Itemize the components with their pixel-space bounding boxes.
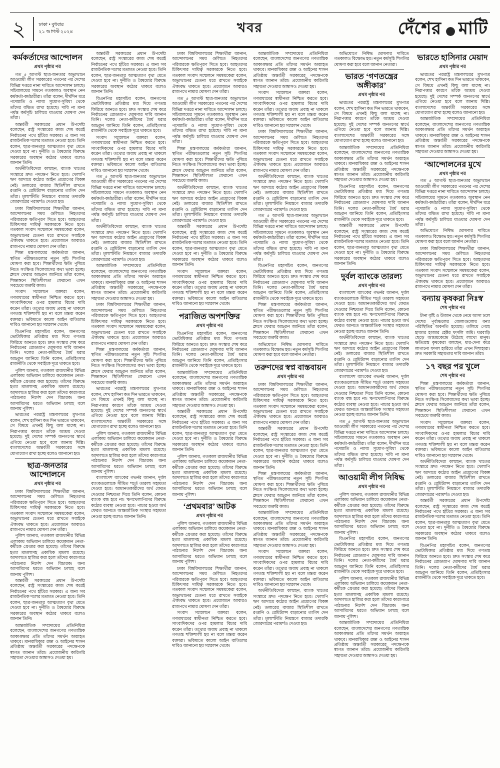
masthead-word-2: মাটি	[459, 16, 489, 44]
article-paragraph: অন্তর্বর্তী সরকারের প্রধান উপদেষ্টা বলেছ…	[172, 224, 247, 268]
article-paragraph: বিএনপির মহাসচিব বলেন, জনগণের ভোটাধিকার প…	[10, 329, 85, 367]
article-paragraph: পুলিশ জানায়, গতকাল রাজধানীর বিভিন্ন এলা…	[334, 492, 409, 536]
article-paragraph: সংবাদ সম্মেলনে বক্তারা বলেন, গণমাধ্যমের …	[172, 610, 247, 648]
column-4: আন্তর্জাতিক সম্প্রদায়ের প্রতিনিধিরা বলে…	[253, 51, 328, 762]
article-divider	[420, 157, 485, 158]
article-paragraph: অভিযোগে নিষিদ্ধ ঘোষণার দাবিতে গতকালও বিক…	[334, 51, 409, 67]
continued-from-label: প্রথম পৃষ্ঠার পর	[334, 283, 409, 289]
article-paragraph: অন্তর্বর্তী সরকারের প্রধান উপদেষ্টা বলেছ…	[334, 223, 409, 267]
masthead-dot-icon	[446, 27, 455, 36]
continued-from-label: প্রথম পৃষ্ঠার পর	[415, 64, 490, 70]
article-paragraph: গত ৫ আগস্ট ছাত্র-জনতার অভ্যুত্থানে আওয়া…	[172, 96, 247, 145]
article-paragraph: আন্তর্জাতিক সম্প্রদায়ের প্রতিনিধিরা বলে…	[334, 145, 409, 183]
article-paragraph: ভারতের পররাষ্ট্র মন্ত্রণালয়ের মুখপাত্র …	[415, 72, 490, 116]
article-paragraph: গত ৫ আগস্ট ছাত্র-জনতার অভ্যুত্থানে আওয়া…	[415, 178, 490, 227]
article-headline-a11: ‘প্রথমবার’ আটক	[172, 503, 247, 512]
article-paragraph: ঢাকা বিশ্ববিদ্যালয়ের শিক্ষার্থীরা জানান…	[91, 302, 166, 346]
article-paragraph: অর্থনীতিবিদেরা বলছেন, ব্যাংক খাতের সংস্ক…	[91, 224, 166, 262]
article-paragraph: বাংলাদেশ ব্যাংকের গভর্নর জানান, দুর্বল ব…	[91, 475, 166, 519]
article-paragraph: পুলিশ জানায়, গতকাল রাজধানীর বিভিন্ন এলা…	[10, 368, 85, 412]
article-paragraph: ভারতের পররাষ্ট্র মন্ত্রণালয়ের মুখপাত্র …	[91, 386, 166, 430]
article-paragraph: অন্তর্বর্তী সরকারের প্রধান উপদেষ্টা বলেছ…	[253, 426, 328, 470]
article-paragraph: সংবাদ সম্মেলনে বক্তারা বলেন, গণমাধ্যমের …	[91, 135, 166, 173]
article-paragraph: গত ৫ আগস্ট ছাত্র-জনতার অভ্যুত্থানে আওয়া…	[334, 419, 409, 468]
article-paragraph: শিক্ষা মন্ত্রণালয়ের কর্মকর্তারা জানান, …	[253, 302, 328, 340]
continued-from-label: প্রথম পৃষ্ঠার পর	[334, 484, 409, 490]
article-paragraph: বিএনপির মহাসচিব বলেন, জনগণের ভোটাধিকার প…	[91, 96, 166, 134]
article-paragraph: পুলিশ জানায়, গতকাল রাজধানীর বিভিন্ন এলা…	[172, 454, 247, 498]
article-headline-a8: পরাজিত অপশক্তির	[172, 313, 247, 322]
article-paragraph: সংবাদ সম্মেলনে বক্তারা বলেন, গণমাধ্যমের …	[10, 289, 85, 327]
article-paragraph: অর্থনীতিবিদেরা বলছেন, ব্যাংক খাতের সংস্ক…	[10, 166, 85, 204]
article-paragraph: পুলিশ জানায়, গতকাল রাজধানীর বিভিন্ন এলা…	[91, 431, 166, 475]
article-paragraph: পুলিশ জানায়, গতকাল রাজধানীর বিভিন্ন এলা…	[172, 521, 247, 565]
article-paragraph: ঢাকা বিশ্ববিদ্যালয়ের শিক্ষার্থীরা জানান…	[253, 382, 328, 426]
article-paragraph: অন্তর্বর্তী সরকারের প্রধান উপদেষ্টা বলেছ…	[172, 409, 247, 453]
article-headline-a10: আওয়ামী লীগ নিষিদ্ধ	[334, 474, 409, 483]
column-6: ভারতে হাসিনার মেয়াদপ্রথম পৃষ্ঠার পরভারত…	[415, 51, 490, 762]
column-2: অন্তর্বর্তী সরকারের প্রধান উপদেষ্টা বলেছ…	[91, 51, 166, 762]
continued-from-label: প্রথম পৃষ্ঠার পর	[415, 171, 490, 177]
article-paragraph: ভারতের পররাষ্ট্র মন্ত্রণালয়ের মুখপাত্র …	[10, 412, 85, 456]
article-paragraph: টানা বৃষ্টি ও উজান থেকে নেমে আসা ঢলে দেশ…	[415, 313, 490, 357]
article-paragraph: অর্থনীতিবিদেরা বলছেন, ব্যাংক খাতের সংস্ক…	[415, 459, 490, 497]
article-paragraph: ঢাকা বিশ্ববিদ্যালয়ের শিক্ষার্থীরা জানান…	[172, 566, 247, 610]
continued-from-label: প্রথম পৃষ্ঠার পর	[253, 374, 328, 380]
article-headline-a9: তরুণদের স্বপ্ন বাস্তবায়ন	[253, 364, 328, 373]
continued-from-label: প্রথম পৃষ্ঠার পর	[10, 64, 85, 70]
continued-from-label: প্রথম পৃষ্ঠার পর	[172, 513, 247, 519]
continued-from-label: প্রথম পৃষ্ঠার পর	[172, 323, 247, 329]
article-divider	[15, 458, 80, 459]
article-paragraph: বিএনপির মহাসচিব বলেন, জনগণের ভোটাধিকার প…	[334, 536, 409, 574]
article-headline-a4: দুর্বল ব্যাংকে তারল্য	[334, 273, 409, 282]
article-paragraph: আন্তর্জাতিক সম্প্রদায়ের প্রতিনিধিরা বলে…	[415, 116, 490, 154]
article-paragraph: বাংলাদেশ ব্যাংকের গভর্নর জানান, দুর্বল ব…	[334, 290, 409, 334]
article-headline-a1: কর্মকর্তাদের আন্দোলন	[10, 54, 85, 63]
article-paragraph: সংবাদ সম্মেলনে বক্তারা বলেন, গণমাধ্যমের …	[172, 269, 247, 307]
article-paragraph: পুলিশ জানায়, গতকাল রাজধানীর বিভিন্ন এলা…	[334, 576, 409, 620]
continued-from-label: শেষ পৃষ্ঠার পর	[415, 305, 490, 311]
article-paragraph: গত ৫ আগস্ট ছাত্র-জনতার অভ্যুত্থানে আওয়া…	[10, 72, 85, 121]
article-paragraph: বিএনপির মহাসচিব বলেন, জনগণের ভোটাধিকার প…	[334, 184, 409, 222]
article-paragraph: শিক্ষা মন্ত্রণালয়ের কর্মকর্তারা জানান, …	[253, 471, 328, 509]
article-paragraph: অর্থনীতিবিদেরা বলছেন, ব্যাংক খাতের সংস্ক…	[334, 335, 409, 373]
article-paragraph: ঢাকা বিশ্ববিদ্যালয়ের শিক্ষার্থীরা জানান…	[253, 129, 328, 173]
article-paragraph: ঢাকা বিশ্ববিদ্যালয়ের শিক্ষার্থীরা জানান…	[172, 51, 247, 95]
continued-from-label: শেষ পৃষ্ঠার পর	[415, 373, 490, 379]
article-paragraph: বিএনপির মহাসচিব বলেন, জনগণের ভোটাধিকার প…	[415, 543, 490, 581]
article-paragraph: আন্তর্জাতিক সম্প্রদায়ের প্রতিনিধিরা বলে…	[334, 620, 409, 658]
article-divider	[339, 69, 404, 70]
article-paragraph: অর্থনীতিবিদেরা বলছেন, ব্যাংক খাতের সংস্ক…	[253, 174, 328, 212]
article-paragraph: অন্তর্বর্তী সরকারের প্রধান উপদেষ্টা বলেছ…	[10, 122, 85, 166]
masthead-word-1: দেঁশের	[398, 16, 442, 44]
article-paragraph: ঢাকা বিশ্ববিদ্যালয়ের শিক্ষার্থীরা জানান…	[10, 206, 85, 250]
article-headline-a2: ভারতে হাসিনার মেয়াদ	[415, 54, 490, 63]
header-bottom-rule	[10, 46, 490, 48]
article-divider	[258, 360, 323, 361]
article-divider	[420, 359, 485, 360]
article-paragraph: ভারতের পররাষ্ট্র মন্ত্রণালয়ের মুখপাত্র …	[334, 100, 409, 144]
column-3: ঢাকা বিশ্ববিদ্যালয়ের শিক্ষার্থীরা জানান…	[172, 51, 247, 762]
article-paragraph: গত ৫ আগস্ট ছাত্র-জনতার অভ্যুত্থানে আওয়া…	[253, 213, 328, 262]
article-divider	[420, 291, 485, 292]
article-paragraph: আন্তর্জাতিক সম্প্রদায়ের প্রতিনিধিরা বলে…	[253, 51, 328, 89]
column-5: অভিযোগে নিষিদ্ধ ঘোষণার দাবিতে গতকালও বিক…	[334, 51, 409, 762]
article-paragraph: শিক্ষা মন্ত্রণালয়ের কর্মকর্তারা জানান, …	[10, 250, 85, 288]
article-paragraph: অভিযোগে নিষিদ্ধ ঘোষণার দাবিতে গতকালও বিক…	[415, 228, 490, 244]
columns: কর্মকর্তাদের আন্দোলনপ্রথম পৃষ্ঠার পরগত ৫…	[10, 51, 490, 762]
article-paragraph: সংবাদ সম্মেলনে বক্তারা বলেন, গণমাধ্যমের …	[253, 549, 328, 587]
article-divider	[339, 269, 404, 270]
article-paragraph: অভিযোগে নিষিদ্ধ ঘোষণার দাবিতে গতকালও বিক…	[253, 342, 328, 358]
article-paragraph: শিক্ষা মন্ত্রণালয়ের কর্মকর্তারা জানান, …	[415, 381, 490, 419]
article-paragraph: অর্থনীতিবিদেরা বলছেন, ব্যাংক খাতের সংস্ক…	[172, 185, 247, 223]
page-header: ২ ঢাকা • বুধবার ২১ আগস্ট ২০২৪ খবর দেঁশের…	[10, 13, 490, 46]
article-headline-a7: ১৭ বছর পর খুলে	[415, 363, 490, 372]
article-paragraph: অর্থনীতিবিদেরা বলছেন, ব্যাংক খাতের সংস্ক…	[253, 588, 328, 626]
article-paragraph: ঢাকা বিশ্ববিদ্যালয়ের শিক্ষার্থীরা জানান…	[10, 489, 85, 533]
article-paragraph: শিক্ষা মন্ত্রণালয়ের কর্মকর্তারা জানান, …	[172, 146, 247, 184]
article-paragraph: বিএনপির মহাসচিব বলেন, জনগণের ভোটাধিকার প…	[253, 263, 328, 301]
continued-from-label: প্রথম পৃষ্ঠার পর	[334, 92, 409, 98]
column-1: কর্মকর্তাদের আন্দোলনপ্রথম পৃষ্ঠার পরগত ৫…	[10, 51, 85, 762]
article-paragraph: অন্তর্বর্তী সরকারের প্রধান উপদেষ্টা বলেছ…	[10, 578, 85, 622]
article-paragraph: আন্তর্জাতিক সম্প্রদায়ের প্রতিনিধিরা বলে…	[10, 623, 85, 661]
article-paragraph: অন্তর্বর্তী সরকারের প্রধান উপদেষ্টা বলেছ…	[415, 498, 490, 542]
article-paragraph: গত ৫ আগস্ট ছাত্র-জনতার অভ্যুত্থানে আওয়া…	[91, 174, 166, 223]
article-paragraph: শিক্ষা মন্ত্রণালয়ের কর্মকর্তারা জানান, …	[91, 347, 166, 385]
article-paragraph: আন্তর্জাতিক সম্প্রদায়ের প্রতিনিধিরা বলে…	[91, 263, 166, 301]
continued-from-label: প্রথম পৃষ্ঠার পর	[10, 481, 85, 487]
article-paragraph: বাংলাদেশ ব্যাংকের গভর্নর জানান, দুর্বল ব…	[334, 374, 409, 418]
article-paragraph: আন্তর্জাতিক সম্প্রদায়ের প্রতিনিধিরা বলে…	[253, 510, 328, 548]
article-paragraph: অন্তর্বর্তী সরকারের প্রধান উপদেষ্টা বলেছ…	[91, 51, 166, 95]
article-paragraph: বিএনপির মহাসচিব বলেন, জনগণের ভোটাধিকার প…	[172, 331, 247, 369]
newspaper-page: ২ ঢাকা • বুধবার ২১ আগস্ট ২০২৪ খবর দেঁশের…	[0, 0, 500, 768]
article-divider	[177, 499, 242, 500]
article-paragraph: আন্তর্জাতিক সম্প্রদায়ের প্রতিনিধিরা বলে…	[172, 370, 247, 408]
article-divider	[339, 470, 404, 471]
article-paragraph: সংবাদ সম্মেলনে বক্তারা বলেন, গণমাধ্যমের …	[415, 420, 490, 458]
article-divider	[177, 309, 242, 310]
article-headline-a5: ‘আন্দোলনের মুখে	[415, 161, 490, 170]
masthead: দেঁশের মাটি	[398, 16, 488, 44]
article-headline-a12: ছাত্র-জনতার আন্দোলনে	[10, 462, 85, 480]
article-paragraph: পুলিশ জানায়, গতকাল রাজধানীর বিভিন্ন এলা…	[10, 533, 85, 577]
article-headline-a3: ভারত ‘গণতন্ত্রের অঙ্গীকার’	[334, 73, 409, 91]
article-paragraph: সংবাদ সম্মেলনে বক্তারা বলেন, গণমাধ্যমের …	[253, 90, 328, 128]
article-headline-a6: বন্যায় কৃষকরা নিঃস্ব	[415, 295, 490, 304]
article-paragraph: ঢাকা বিশ্ববিদ্যালয়ের শিক্ষার্থীরা জানান…	[415, 246, 490, 290]
